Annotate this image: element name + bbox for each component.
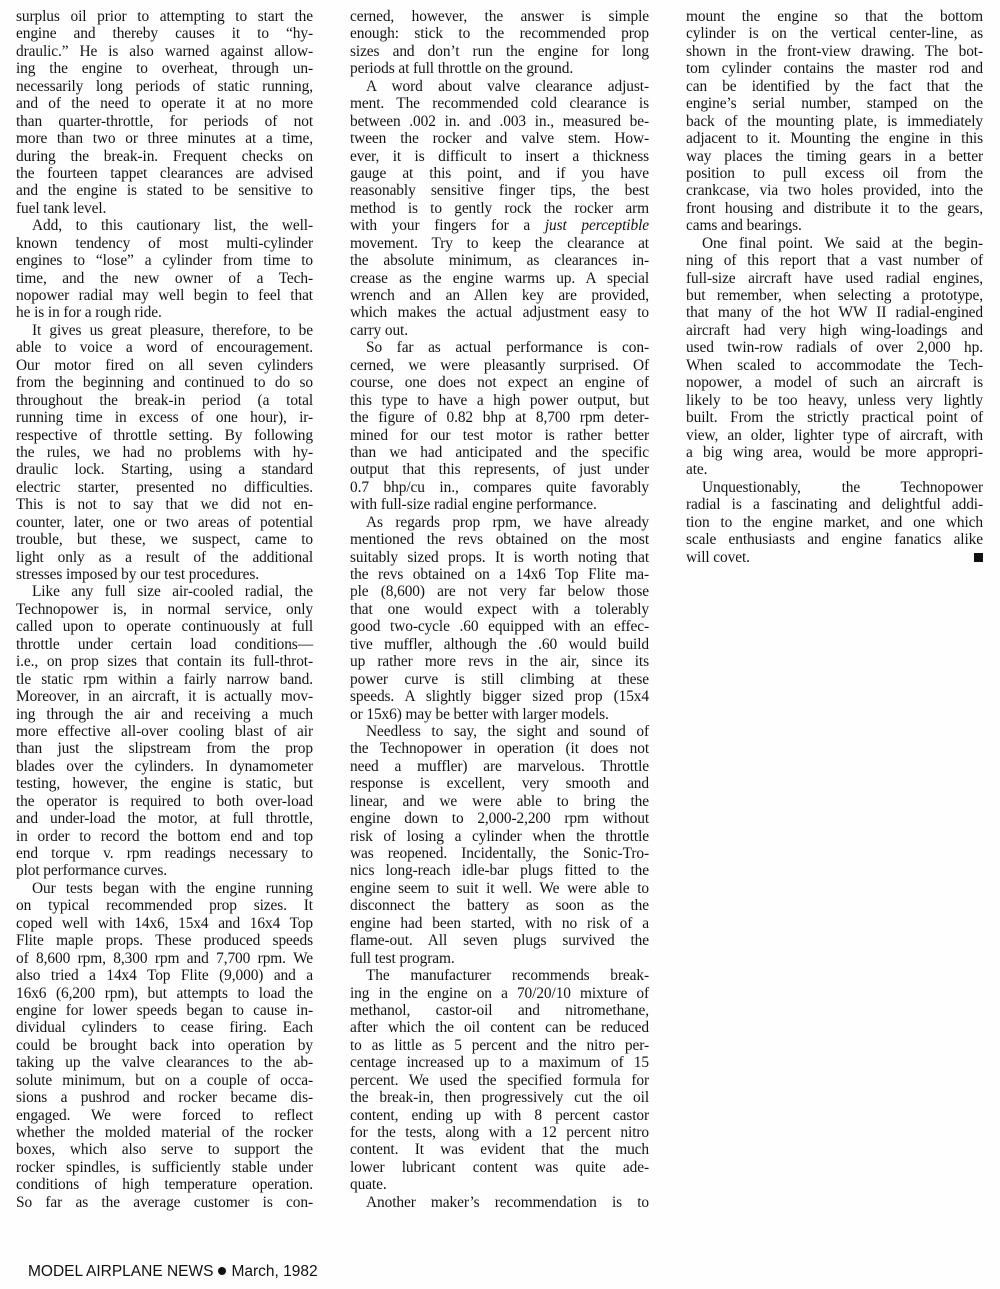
article-column-2: cerned, however, the answer is simpleeno… (350, 8, 649, 1211)
text-run: than we had anticipated and the specific (350, 444, 649, 461)
text-line: on typical recommended prop sizes. It (16, 897, 313, 914)
text-run: course, one does not expect an engine of (350, 374, 649, 391)
text-run: with full-size radial engine performance… (350, 496, 597, 513)
text-line: good two-cycle .60 equipped with an effe… (350, 618, 649, 635)
text-run: ning of this report that a vast number o… (686, 252, 983, 269)
text-line: ate. (686, 461, 983, 478)
text-run: gauge at this point, and if you have (350, 165, 649, 182)
text-run: in order to record the bottom end and to… (16, 828, 313, 845)
text-run: plot performance curves. (16, 862, 167, 879)
text-run: the figure of 0.82 bhp at 8,700 rpm dete… (350, 409, 649, 426)
text-line: and the engine is stated to be sensitive… (16, 182, 313, 199)
text-line: response is excellent, very smooth and (350, 775, 649, 792)
text-run: back of the mounting plate, is immediate… (686, 113, 983, 130)
text-run: nopower radial may well begin to feel th… (16, 287, 313, 304)
text-line: ing through the air and receiving a much (16, 706, 313, 723)
text-run: quate. (350, 1176, 387, 1193)
text-line: between .002 in. and .003 in., measured … (350, 113, 649, 130)
text-line: coped well with 14x6, 15x4 and 16x4 Top (16, 915, 313, 932)
text-line: able to voice a word of encouragement. (16, 339, 313, 356)
text-run: to as little as 5 percent and the nitro … (350, 1037, 649, 1054)
text-run: centage increased up to a maximum of 15 (350, 1054, 649, 1071)
text-line: The manufacturer recommends break- (350, 967, 649, 984)
text-line: ever, it is difficult to insert a thickn… (350, 148, 649, 165)
text-line: content, ending up with 8 percent castor (350, 1107, 649, 1124)
text-run: ment. The recommended cold clearance is (350, 95, 649, 112)
text-run: Technopower is, in normal service, only (16, 601, 313, 618)
text-run: throughout the break-in period (a total (16, 392, 313, 409)
text-run: Add, to this cautionary list, the well- (32, 217, 313, 234)
text-line: for the tests, along with a 12 percent n… (350, 1124, 649, 1141)
text-run: dividual cylinders to cease firing. Each (16, 1019, 313, 1036)
text-run: this type to have a high power output, b… (350, 392, 649, 409)
text-run: position to pull excess oil from the (686, 165, 983, 182)
text-run: during the break-in. Frequent checks on (16, 148, 313, 165)
text-run: tle static rpm within a fairly narrow ba… (16, 671, 313, 688)
text-run: Our tests began with the engine running (32, 880, 313, 897)
text-run: more effective all-over cooling blast of… (16, 723, 313, 740)
text-run: on typical recommended prop sizes. It (16, 897, 313, 914)
text-run: methanol, castor-oil and nitromethane, (350, 1002, 649, 1019)
text-run: When scaled to accommodate the Tech- (686, 357, 983, 374)
text-line: counter, later, one or two areas of pote… (16, 514, 313, 531)
text-line: tle static rpm within a fairly narrow ba… (16, 671, 313, 688)
text-line: necessarily long periods of static runni… (16, 78, 313, 95)
text-run: good two-cycle .60 equipped with an effe… (350, 618, 649, 635)
text-run: method is to gently rock the rocker arm (350, 200, 649, 217)
text-line: and under-load the motor, at full thrott… (16, 810, 313, 827)
text-line: aircraft had very high wing-loadings and (686, 322, 983, 339)
text-run: the operator is required to both over-lo… (16, 793, 313, 810)
text-line: light only as a result of the additional (16, 549, 313, 566)
text-line: movement. Try to keep the clearance at (350, 235, 649, 252)
text-run: built. From the strictly practical point… (686, 409, 983, 426)
text-run: Moreover, in an aircraft, it is actually… (16, 688, 313, 705)
article-column-1: surplus oil prior to attempting to start… (16, 8, 313, 1211)
text-run: Our motor fired on all seven cylinders (16, 357, 313, 374)
text-run: can be identified by the fact that the (686, 78, 983, 95)
text-line: wrench and an Allen key are provided, (350, 287, 649, 304)
text-line: a big wing area, would be more appropri- (686, 444, 983, 461)
text-line: Needless to say, the sight and sound of (350, 723, 649, 740)
text-line: with full-size radial engine performance… (350, 496, 649, 513)
text-run: response is excellent, very smooth and (350, 775, 649, 792)
text-line: So far as the average customer is con- (16, 1194, 313, 1211)
text-line: also tried a 14x4 Top Flite (9,000) and … (16, 967, 313, 984)
text-run: more than two or three minutes at a time… (16, 130, 313, 147)
text-run: conditions of high temperature operation… (16, 1176, 313, 1193)
text-run: So far as the average customer is con- (16, 1194, 313, 1211)
text-line: whether the molded material of the rocke… (16, 1124, 313, 1141)
text-run: periods at full throttle on the ground. (350, 60, 573, 77)
text-line: As regards prop rpm, we have already (350, 514, 649, 531)
text-line: suitably sized props. It is worth noting… (350, 549, 649, 566)
text-line: flame-out. All seven plugs survived the (350, 932, 649, 949)
text-run: and of the need to operate it at no more (16, 95, 313, 112)
text-run: the break-in, then progressively cut the… (350, 1089, 649, 1106)
text-run: solute minimum, but on a couple of occa- (16, 1072, 313, 1089)
text-run: radial is a fascinating and delightful a… (686, 496, 983, 513)
text-line: mentioned the revs obtained on the most (350, 531, 649, 548)
text-run: testing, however, the engine is static, … (16, 775, 313, 792)
text-run: mined for our test motor is rather bette… (350, 427, 649, 444)
text-line: from the beginning and continued to do s… (16, 374, 313, 391)
text-line: sions a pushrod and rocker became dis- (16, 1089, 313, 1106)
text-run: engine seem to suit it well. We were abl… (350, 880, 649, 897)
text-run: 0.7 bhp/cu in., compares quite favorably (350, 479, 649, 496)
text-line: Another maker’s recommendation is to (350, 1194, 649, 1211)
text-line: electric starter, presented no difficult… (16, 479, 313, 496)
text-line: the Technopower in operation (it does no… (350, 740, 649, 757)
text-line: Our tests began with the engine running (16, 880, 313, 897)
text-run: lower lubricant content was quite ade- (350, 1159, 649, 1176)
text-line: way places the timing gears in a better (686, 148, 983, 165)
text-run: the rules, we had no problems with hy- (16, 444, 313, 461)
text-line: dividual cylinders to cease firing. Each (16, 1019, 313, 1036)
text-line: engine and thereby causes it to “hy- (16, 25, 313, 42)
text-line: the break-in, then progressively cut the… (350, 1089, 649, 1106)
text-line: with your fingers for a just perceptible (350, 217, 649, 234)
text-line: solute minimum, but on a couple of occa- (16, 1072, 313, 1089)
text-run: ate. (686, 461, 707, 478)
text-run: engine had been started, with no risk of… (350, 915, 649, 932)
text-line: built. From the strictly practical point… (686, 409, 983, 426)
text-run: stresses imposed by our test procedures. (16, 566, 259, 583)
text-line: during the break-in. Frequent checks on (16, 148, 313, 165)
text-line: nopower, a model of such an aircraft is (686, 374, 983, 391)
text-run: One final point. We said at the begin- (702, 235, 983, 252)
text-run: ever, it is difficult to insert a thickn… (350, 148, 649, 165)
text-run: Unquestionably, the Technopower (702, 479, 983, 496)
text-run: time, and the new owner of a Tech- (16, 270, 313, 287)
text-run: tom cylinder contains the master rod and (686, 60, 983, 77)
text-line: the revs obtained on a 14x6 Top Flite ma… (350, 566, 649, 583)
text-line: boxes, which also serve to support the (16, 1141, 313, 1158)
text-run: adjacent to it. Mounting the engine in t… (686, 130, 983, 147)
text-line: quate. (350, 1176, 649, 1193)
text-line: cylinder is on the vertical center-line,… (686, 25, 983, 42)
text-line: fuel tank level. (16, 200, 313, 217)
text-run: crankcase, via two holes provided, into … (686, 182, 983, 199)
text-line: cams and bearings. (686, 217, 983, 234)
text-line: crankcase, via two holes provided, into … (686, 182, 983, 199)
text-line: he is in for a rough ride. (16, 304, 313, 321)
text-line: output that this represents, of just und… (350, 461, 649, 478)
text-run: draulic lock. Starting, using a standard (16, 461, 313, 478)
text-run: view, an older, lighter type of aircraft… (686, 427, 983, 444)
text-line: rocker spindles, is sufficiently stable … (16, 1159, 313, 1176)
text-run: and the engine is stated to be sensitive… (16, 182, 313, 199)
text-line: running time in excess of one hour), ir- (16, 409, 313, 426)
text-run: movement. Try to keep the clearance at (350, 235, 649, 252)
text-run: disconnect the battery as soon as the (350, 897, 649, 914)
text-line: i.e., on prop sizes that contain its ful… (16, 653, 313, 670)
text-line: likely to be too heavy, unless very ligh… (686, 392, 983, 409)
text-run: a big wing area, would be more appropri- (686, 444, 983, 461)
text-line: It gives us great pleasure, therefore, t… (16, 322, 313, 339)
text-run: scale enthusiasts and engine fanatics al… (686, 531, 983, 548)
text-line: nics long-reach idle-bar plugs fitted to… (350, 862, 649, 879)
text-line: tive muffler, although the .60 would bui… (350, 636, 649, 653)
text-line: scale enthusiasts and engine fanatics al… (686, 531, 983, 548)
text-run: which makes the actual adjustment easy t… (350, 304, 649, 321)
text-line: methanol, castor-oil and nitromethane, (350, 1002, 649, 1019)
text-run: nopower, a model of such an aircraft is (686, 374, 983, 391)
text-line: Flite maple props. These produced speeds (16, 932, 313, 949)
text-run: need a muffler) are marvelous. Throttle (350, 758, 649, 775)
text-line: was reopened. Incidentally, the Sonic-Tr… (350, 845, 649, 862)
text-line: ing in the engine on a 70/20/10 mixture … (350, 985, 649, 1002)
text-line: ple (8,600) are not very far below those (350, 583, 649, 600)
text-run: engaged. We were forced to reflect (16, 1107, 313, 1124)
text-run: power curve is still climbing at these (350, 671, 649, 688)
text-run: coped well with 14x6, 15x4 and 16x4 Top (16, 915, 313, 932)
text-line: more than two or three minutes at a time… (16, 130, 313, 147)
text-run: Like any full size air-cooled radial, th… (32, 583, 313, 600)
text-line: crease as the engine warms up. A special (350, 270, 649, 287)
text-run: shown in the front-view drawing. The bot… (686, 43, 983, 60)
text-line: end torque v. rpm readings necessary to (16, 845, 313, 862)
text-line: but remember, when selecting a prototype… (686, 287, 983, 304)
text-run: sizes and don’t run the engine for long (350, 43, 649, 60)
text-run: percent. We used the specified formula f… (350, 1072, 649, 1089)
text-run: the absolute minimum, as clearances in- (350, 252, 649, 269)
text-line: throttle under certain load conditions— (16, 636, 313, 653)
text-line: engine for lower speeds began to cause i… (16, 1002, 313, 1019)
text-run: counter, later, one or two areas of pote… (16, 514, 313, 531)
text-run: fuel tank level. (16, 200, 106, 217)
text-run: taking up the valve clearances to the ab… (16, 1054, 313, 1071)
text-run: running time in excess of one hour), ir- (16, 409, 313, 426)
text-line: position to pull excess oil from the (686, 165, 983, 182)
text-run: full-size aircraft have used radial engi… (686, 270, 983, 287)
text-run: of 8,600 rpm, 8,300 rpm and 7,700 rpm. W… (16, 950, 313, 967)
text-line: One final point. We said at the begin- (686, 235, 983, 252)
text-line: and of the need to operate it at no more (16, 95, 313, 112)
text-run: engines to “lose” a cylinder from time t… (16, 252, 313, 269)
text-line: Like any full size air-cooled radial, th… (16, 583, 313, 600)
text-line: Our motor fired on all seven cylinders (16, 357, 313, 374)
text-run: engine’s serial number, stamped on the (686, 95, 983, 112)
text-run: that one would expect with a tolerably (350, 601, 649, 618)
text-run: whether the molded material of the rocke… (16, 1124, 313, 1141)
text-run: mentioned the revs obtained on the most (350, 531, 649, 548)
text-run: content. It was evident that the much (350, 1141, 649, 1158)
text-run: Flite maple props. These produced speeds (16, 932, 313, 949)
text-line: This is not to say that we did not en- (16, 496, 313, 513)
text-run: sions a pushrod and rocker became dis- (16, 1089, 313, 1106)
text-line: of 8,600 rpm, 8,300 rpm and 7,700 rpm. W… (16, 950, 313, 967)
text-run: flame-out. All seven plugs survived the (350, 932, 649, 949)
text-run: could be brought back into operation by (16, 1037, 313, 1054)
text-line: that one would expect with a tolerably (350, 601, 649, 618)
text-run: ing the engine to overheat, through un- (16, 60, 313, 77)
text-run: that many of the hot WW II radial-engine… (686, 304, 983, 321)
text-line: known tendency of most multi-cylinder (16, 235, 313, 252)
text-line: cerned, we were pleasantly surprised. Of (350, 357, 649, 374)
text-run: between .002 in. and .003 in., measured … (350, 113, 649, 130)
text-line: adjacent to it. Mounting the engine in t… (686, 130, 983, 147)
text-run: suitably sized props. It is worth noting… (350, 549, 649, 566)
article-column-3: mount the engine so that the bottomcylin… (686, 8, 983, 566)
text-line: could be brought back into operation by (16, 1037, 313, 1054)
text-line: the rules, we had no problems with hy- (16, 444, 313, 461)
emphasis-text: just perceptible (545, 217, 649, 234)
publication-name: MODEL AIRPLANE NEWS (28, 1263, 213, 1280)
text-run: than just the slipstream from the prop (16, 740, 313, 757)
text-line: power curve is still climbing at these (350, 671, 649, 688)
text-run: the fourteen tappet clearances are advis… (16, 165, 313, 182)
text-line: mount the engine so that the bottom (686, 8, 983, 25)
text-line: than we had anticipated and the specific (350, 444, 649, 461)
text-run: cams and bearings. (686, 217, 802, 234)
text-line: view, an older, lighter type of aircraft… (686, 427, 983, 444)
text-line: respective of throttle setting. By follo… (16, 427, 313, 444)
text-run: blades over the cylinders. In dynamomete… (16, 758, 313, 775)
text-line: the figure of 0.82 bhp at 8,700 rpm dete… (350, 409, 649, 426)
text-line: lower lubricant content was quite ade- (350, 1159, 649, 1176)
text-run: ing in the engine on a 70/20/10 mixture … (350, 985, 649, 1002)
text-line: surplus oil prior to attempting to start… (16, 8, 313, 25)
text-line: course, one does not expect an engine of (350, 374, 649, 391)
text-line: Add, to this cautionary list, the well- (16, 217, 313, 234)
text-line: which makes the actual adjustment easy t… (350, 304, 649, 321)
text-run: surplus oil prior to attempting to start… (16, 8, 313, 25)
text-line: tween the rocker and valve stem. How- (350, 130, 649, 147)
text-line: up rather more revs in the air, since it… (350, 653, 649, 670)
text-run: than quarter-throttle, for periods of no… (16, 113, 313, 130)
text-line: speeds. A slightly bigger sized prop (15… (350, 688, 649, 705)
text-run: the Technopower in operation (it does no… (350, 740, 649, 757)
text-line: testing, however, the engine is static, … (16, 775, 313, 792)
text-line: engine had been started, with no risk of… (350, 915, 649, 932)
text-line: to as little as 5 percent and the nitro … (350, 1037, 649, 1054)
text-run: tween the rocker and valve stem. How- (350, 130, 649, 147)
text-run: boxes, which also serve to support the (16, 1141, 313, 1158)
text-line: the absolute minimum, as clearances in- (350, 252, 649, 269)
text-run: Needless to say, the sight and sound of (366, 723, 649, 740)
text-line: tom cylinder contains the master rod and (686, 60, 983, 77)
text-line: engine seem to suit it well. We were abl… (350, 880, 649, 897)
text-run: This is not to say that we did not en- (16, 496, 313, 513)
text-line: mined for our test motor is rather bette… (350, 427, 649, 444)
text-run: after which the oil content can be reduc… (350, 1019, 649, 1036)
text-run: engine and thereby causes it to “hy- (16, 25, 313, 42)
text-run: full test program. (350, 950, 455, 967)
text-line: or 15x6) may be better with larger model… (350, 706, 649, 723)
text-line: When scaled to accommodate the Tech- (686, 357, 983, 374)
text-line: ning of this report that a vast number o… (686, 252, 983, 269)
text-line: risk of losing a cylinder when the throt… (350, 828, 649, 845)
text-line: full test program. (350, 950, 649, 967)
text-line: method is to gently rock the rocker arm (350, 200, 649, 217)
text-run: cerned, we were pleasantly surprised. Of (350, 357, 649, 374)
text-line: linear, and we were able to bring the (350, 793, 649, 810)
text-run: A word about valve clearance adjust- (366, 78, 649, 95)
text-line: So far as actual performance is con- (350, 339, 649, 356)
text-line: centage increased up to a maximum of 15 (350, 1054, 649, 1071)
text-run: will covet. (686, 549, 750, 566)
text-run: respective of throttle setting. By follo… (16, 427, 313, 444)
text-run: nics long-reach idle-bar plugs fitted to… (350, 862, 649, 879)
text-line: nopower radial may well begin to feel th… (16, 287, 313, 304)
text-line: engines to “lose” a cylinder from time t… (16, 252, 313, 269)
text-line: stresses imposed by our test procedures. (16, 566, 313, 583)
text-run: called upon to operate continuously at f… (16, 618, 313, 635)
text-line: blades over the cylinders. In dynamomete… (16, 758, 313, 775)
page-footer: MODEL AIRPLANE NEWSMarch, 1982 (28, 1263, 318, 1281)
text-run: wrench and an Allen key are provided, (350, 287, 649, 304)
text-line: back of the mounting plate, is immediate… (686, 113, 983, 130)
text-run: or 15x6) may be better with larger model… (350, 706, 609, 723)
text-run: engine down to 2,000-2,200 rpm without (350, 810, 649, 827)
text-line: radial is a fascinating and delightful a… (686, 496, 983, 513)
text-line: content. It was evident that the much (350, 1141, 649, 1158)
text-line: than just the slipstream from the prop (16, 740, 313, 757)
text-run: linear, and we were able to bring the (350, 793, 649, 810)
text-line: taking up the valve clearances to the ab… (16, 1054, 313, 1071)
text-line: 0.7 bhp/cu in., compares quite favorably (350, 479, 649, 496)
text-run: output that this represents, of just und… (350, 461, 649, 478)
text-run: way places the timing gears in a better (686, 148, 983, 165)
issue-date: March, 1982 (231, 1263, 317, 1280)
text-run: ing through the air and receiving a much (16, 706, 313, 723)
text-run: content, ending up with 8 percent castor (350, 1107, 649, 1124)
text-line: front housing and distribute it to the g… (686, 200, 983, 217)
text-line: trouble, but these, we suspect, came to (16, 531, 313, 548)
text-line: need a muffler) are marvelous. Throttle (350, 758, 649, 775)
text-run: It gives us great pleasure, therefore, t… (32, 322, 313, 339)
text-run: ple (8,600) are not very far below those (350, 583, 649, 600)
text-line: after which the oil content can be reduc… (350, 1019, 649, 1036)
text-line: draulic lock. Starting, using a standard (16, 461, 313, 478)
text-run: speeds. A slightly bigger sized prop (15… (350, 688, 649, 705)
text-line: full-size aircraft have used radial engi… (686, 270, 983, 287)
text-run: necessarily long periods of static runni… (16, 78, 313, 95)
text-run: So far as actual performance is con- (366, 339, 649, 356)
text-run: crease as the engine warms up. A special (350, 270, 649, 287)
text-line: that many of the hot WW II radial-engine… (686, 304, 983, 321)
text-line: than quarter-throttle, for periods of no… (16, 113, 313, 130)
text-run: Another maker’s recommendation is to (366, 1194, 649, 1211)
text-run: used twin-row radials of over 2,000 hp. (686, 339, 983, 356)
text-line: Moreover, in an aircraft, it is actually… (16, 688, 313, 705)
text-run: mount the engine so that the bottom (686, 8, 983, 25)
text-run: cerned, however, the answer is simple (350, 8, 649, 25)
text-line: called upon to operate continuously at f… (16, 618, 313, 635)
text-run: known tendency of most multi-cylinder (16, 235, 313, 252)
text-line: reasonably sensitive finger tips, the be… (350, 182, 649, 199)
text-line: used twin-row radials of over 2,000 hp. (686, 339, 983, 356)
text-line: disconnect the battery as soon as the (350, 897, 649, 914)
text-line: sizes and don’t run the engine for long (350, 43, 649, 60)
text-run: was reopened. Incidentally, the Sonic-Tr… (350, 845, 649, 862)
text-line: engaged. We were forced to reflect (16, 1107, 313, 1124)
text-line: enough: stick to the recommended prop (350, 25, 649, 42)
text-run: cylinder is on the vertical center-line,… (686, 25, 983, 42)
text-line: engine’s serial number, stamped on the (686, 95, 983, 112)
text-line: A word about valve clearance adjust- (350, 78, 649, 95)
text-run: from the beginning and continued to do s… (16, 374, 313, 391)
text-run: light only as a result of the additional (16, 549, 313, 566)
text-line: time, and the new owner of a Tech- (16, 270, 313, 287)
text-line: the fourteen tappet clearances are advis… (16, 165, 313, 182)
text-run: electric starter, presented no difficult… (16, 479, 313, 496)
text-run: trouble, but these, we suspect, came to (16, 531, 313, 548)
text-run: The manufacturer recommends break- (366, 967, 649, 984)
text-run: with your fingers for a (350, 217, 545, 234)
text-run: reasonably sensitive finger tips, the be… (350, 182, 649, 199)
